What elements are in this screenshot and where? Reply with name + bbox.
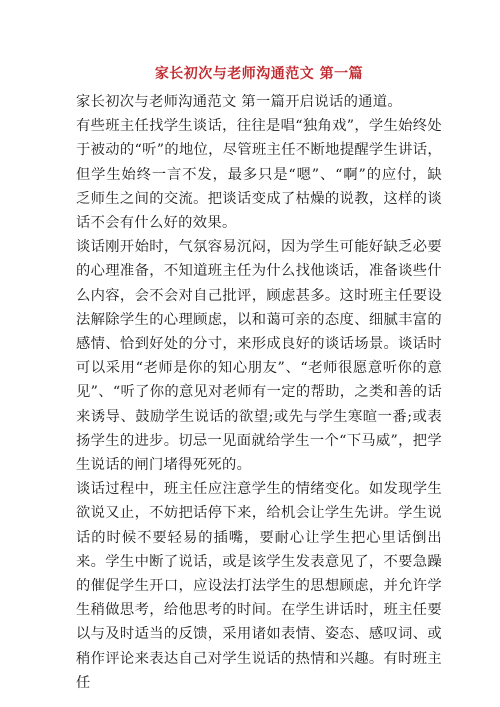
paragraph-1: 有些班主任找学生谈话，往往是唱“独角戏”，学生始终处于被动的“听”的地位，尽管班… — [76, 114, 442, 235]
document-page: 家长初次与老师沟通范文 第一篇 家长初次与老师沟通范文 第一篇开启说话的通道。 … — [76, 64, 442, 695]
paragraph-intro: 家长初次与老师沟通范文 第一篇开启说话的通道。 — [76, 90, 442, 114]
paragraph-3: 谈话过程中，班主任应注意学生的情绪变化。如发现学生欲说又止，不妨把话停下来，给机… — [76, 477, 442, 695]
paragraph-2: 谈话刚开始时，气氛容易沉闷，因为学生可能好缺乏必要的心理准备，不知道班主任为什么… — [76, 235, 442, 477]
document-title: 家长初次与老师沟通范文 第一篇 — [76, 64, 442, 84]
